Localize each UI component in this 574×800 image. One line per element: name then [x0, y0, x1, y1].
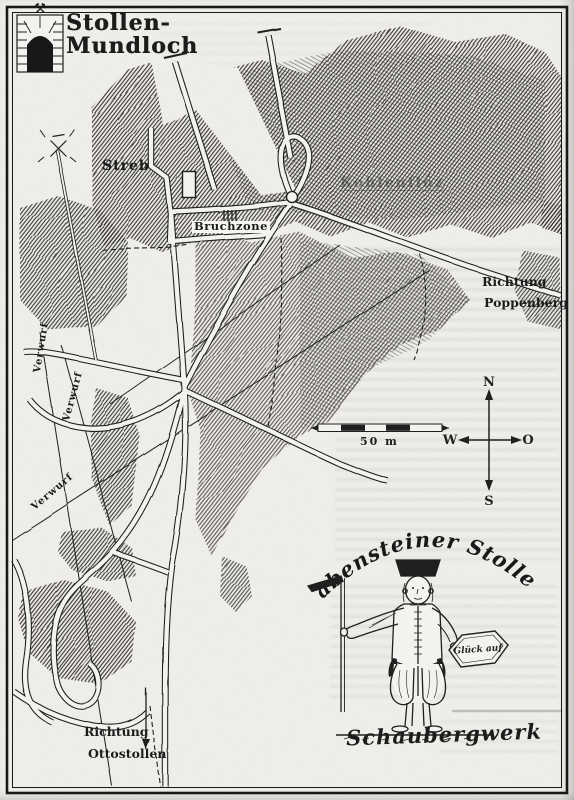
label-richtung-ottostollen-1: Richtung [84, 726, 149, 739]
label-richtung-poppenberg-1: Richtung [482, 276, 547, 289]
scale-bar-label: 50 m [360, 436, 399, 447]
paper-grain [0, 0, 574, 800]
legend-title-line2: Mundloch [66, 35, 198, 57]
label-richtung-ottostollen-2: Ottostollen [88, 748, 166, 761]
label-bruchzone: Bruchzone [192, 221, 270, 233]
label-richtung-poppenberg-2: Poppenberg [484, 297, 568, 310]
scanned-mine-map-page: .tunB{stroke:#1a1a1a;stroke-width:6.4;fi… [0, 0, 574, 800]
legend-title-line1: Stollen- [66, 12, 171, 34]
cartouche-subtitle: Schaubergwerk [346, 721, 543, 749]
label-kohlenfloez: Kohlenflöz [340, 176, 444, 191]
label-streb: Streb [102, 159, 150, 173]
mine-map-drawing: .tunB{stroke:#1a1a1a;stroke-width:6.4;fi… [0, 0, 574, 800]
